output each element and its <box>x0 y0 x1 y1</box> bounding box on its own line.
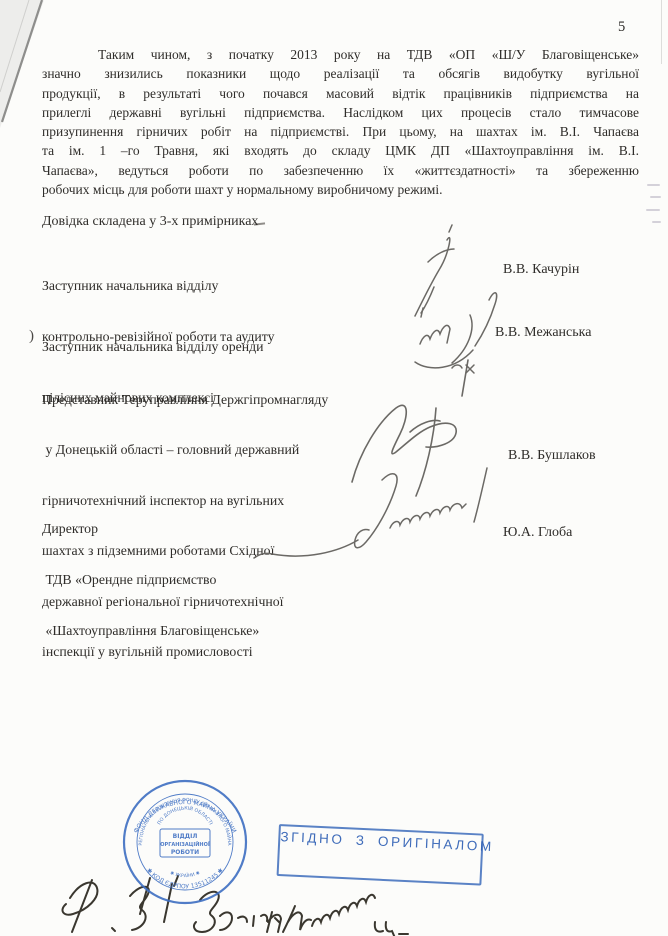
scan-speck <box>650 196 661 198</box>
scan-speck <box>647 184 660 186</box>
paragraph-line: та ім. 1 –го Травня, які входять до скла… <box>42 141 639 160</box>
svg-text:ВІДДІЛ: ВІДДІЛ <box>173 833 198 840</box>
paragraph-line: продукції, в результаті чого почався мас… <box>42 84 639 103</box>
title-line: Заступник начальника відділу <box>42 278 275 297</box>
fold-shadow <box>0 0 44 128</box>
scan-edge-line <box>661 0 662 64</box>
title-line: у Донецькій області – головний державний <box>42 442 328 460</box>
signatory-name-kachurin: В.В. Качурін <box>503 262 579 278</box>
signatory-name-bushlakov: В.В. Бушлаков <box>508 448 596 464</box>
title-line: Директор <box>42 521 259 540</box>
title-line: ТДВ «Орендне підприємство <box>42 572 259 591</box>
body-paragraph: Таким чином, з початку 2013 року на ТДВ … <box>42 45 639 199</box>
signature-kachurin-ink <box>415 225 454 317</box>
svg-text:ОРГАНІЗАЦІЙНОЇ: ОРГАНІЗАЦІЙНОЇ <box>160 840 210 848</box>
signatory-name-globa: Ю.А. Глоба <box>503 525 572 541</box>
signature-mezhanska-ink <box>415 293 497 373</box>
paragraph-line: Таким чином, з початку 2013 року на ТДВ … <box>42 45 639 64</box>
fold-inner-line <box>0 0 29 92</box>
margin-mark: ) <box>29 328 34 345</box>
paragraph-line: прилеглі державні вугільні підприємства.… <box>42 103 639 122</box>
paragraph-line: значно знизились показники щодо реалізац… <box>42 64 639 83</box>
title-line: «Шахтоуправління Благовіщенське» <box>42 623 259 642</box>
stamp-center-text: ВІДДІЛ ОРГАНІЗАЦІЙНОЇ РОБОТИ <box>160 833 210 856</box>
bottom-right-handwriting-ink <box>267 895 408 936</box>
page-number: 5 <box>618 19 625 36</box>
round-stamp: ФОНД ДЕРЖАВНОГО МАЙНА УКРАЇНИ ✱ КОД ЄДРП… <box>115 772 255 912</box>
stamp-middle-bottom-text: ✱ УКРАЇНИ ✱ <box>169 870 201 879</box>
copies-note: Довідка складена у 3-х примірниках <box>42 214 258 230</box>
paragraph-line: Чапаєва», ведуться роботи по забезпеченн… <box>42 161 639 180</box>
signatory-name-mezhanska: В.В. Межанська <box>495 325 591 341</box>
svg-text:РОБОТИ: РОБОТИ <box>171 849 199 856</box>
scan-speck <box>652 221 661 223</box>
signatory-title-director: Директор ТДВ «Орендне підприємство «Шахт… <box>42 489 259 674</box>
fold-edge-line <box>2 0 42 122</box>
scan-speck <box>646 209 660 211</box>
paragraph-line: призупинення гірничих робіт на підприємс… <box>42 122 639 141</box>
scanned-document-page: 5 Таким чином, з початку 2013 року на ТД… <box>0 0 668 936</box>
title-line: Представник Теруправління Держгіпромнагл… <box>42 392 328 410</box>
title-line: Заступник начальника відділу оренди <box>42 339 264 358</box>
signature-bushlakov-ink <box>352 360 468 496</box>
certified-copy-stamp-label: ЗГІДНО З ОРИГІНАЛОМ <box>280 829 481 853</box>
certified-copy-stamp: ЗГІДНО З ОРИГІНАЛОМ <box>277 824 484 886</box>
paragraph-line: робочих місць для роботи шахт у нормальн… <box>42 180 639 199</box>
